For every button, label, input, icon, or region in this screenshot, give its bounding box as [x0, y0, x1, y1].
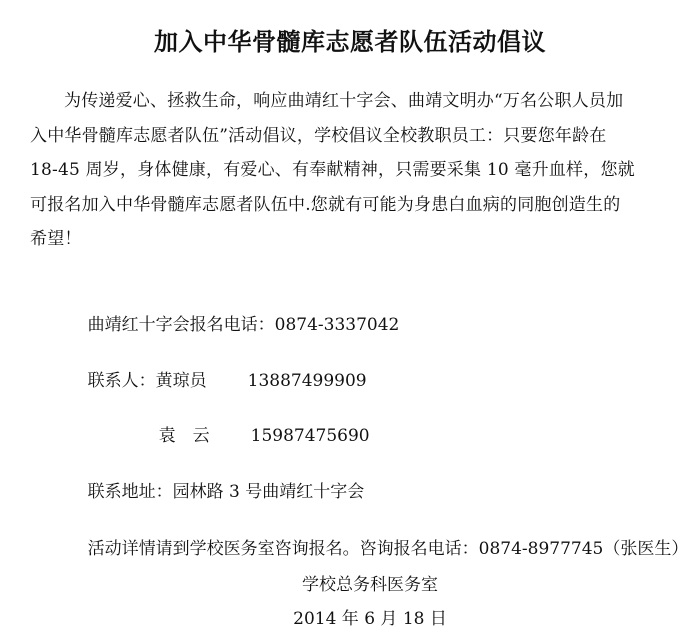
- contact-phone: 13887499909: [248, 371, 367, 391]
- paragraph-line: 可报名加入中华骨髓库志愿者队伍中.您就有可能为身患白血病的同胞创造生的: [30, 188, 670, 223]
- signature-date: 2014 年 6 月 18 日: [0, 604, 700, 629]
- address-line: 联系地址：园林路 3 号曲靖红十字会: [66, 457, 364, 522]
- contact-label: 联系人：: [88, 366, 156, 391]
- address-value: 园林路 3 号曲靖红十字会: [173, 477, 365, 502]
- paragraph-line: 希望！: [30, 222, 670, 257]
- red-cross-phone-value: 0874-3337042: [275, 315, 400, 335]
- paragraph-line: 为传递爱心、拯救生命，响应曲靖红十字会、曲靖文明办“万名公职人员加: [30, 84, 670, 119]
- paragraph-line: 入中华骨髓库志愿者队伍”活动倡议，学校倡议全校教职员工：只要您年龄在: [30, 119, 670, 154]
- consult-text: 活动详情请到学校医务室咨询报名。咨询报名电话：: [88, 534, 479, 559]
- red-cross-phone-label: 曲靖红十字会报名电话：: [88, 310, 275, 335]
- paragraph-line: 18-45 周岁，身体健康，有爱心、有奉献精神，只需要采集 10 毫升血样，您就: [30, 153, 670, 188]
- address-label: 联系地址：: [88, 477, 173, 502]
- contact-phone: 15987475690: [251, 426, 370, 446]
- contact-name: 袁 云: [159, 421, 251, 446]
- contact-name: 黄琼员: [156, 366, 248, 391]
- consult-phone: 0874-8977745: [479, 539, 604, 559]
- document-title: 加入中华骨髓库志愿者队伍活动倡议: [0, 22, 700, 57]
- consult-person: （张医生）: [603, 534, 688, 559]
- body-paragraph: 为传递爱心、拯救生命，响应曲靖红十字会、曲靖文明办“万名公职人员加 入中华骨髓库…: [30, 84, 670, 257]
- signature-org: 学校总务科医务室: [0, 570, 700, 595]
